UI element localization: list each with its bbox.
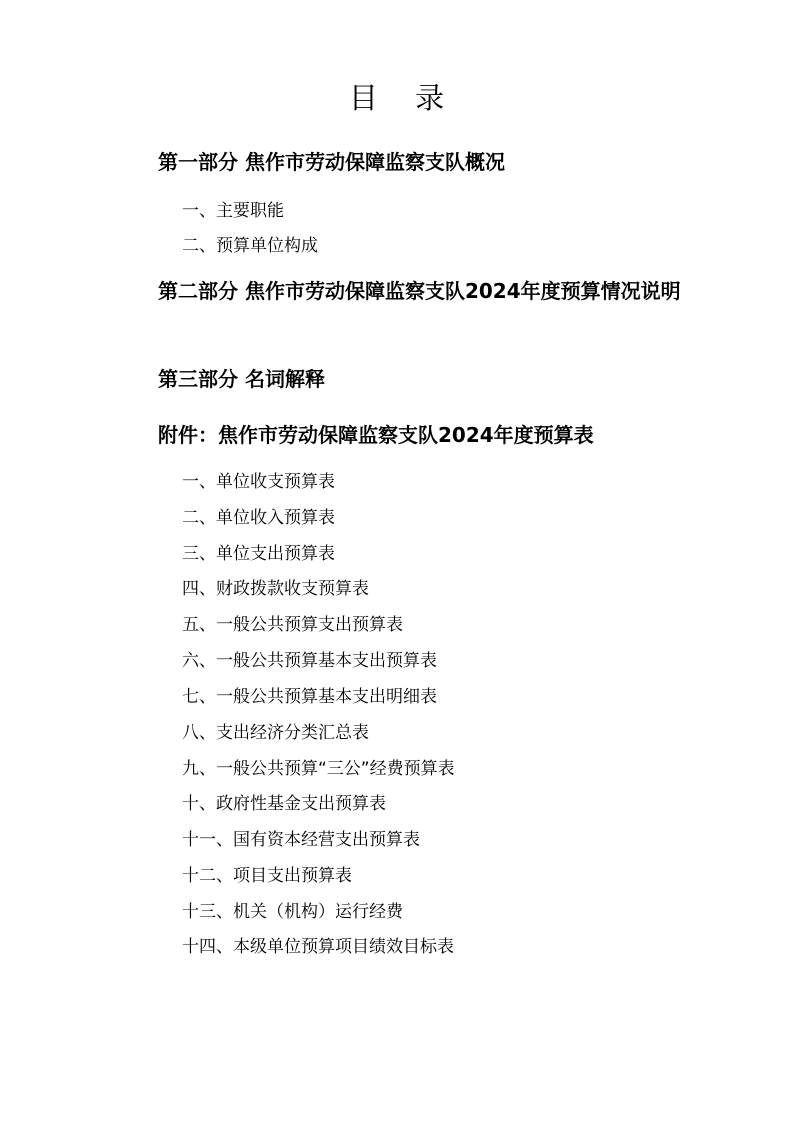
toc-part-1-item: 一、主要职能	[182, 199, 284, 223]
toc-appendix-item: 七、一般公共预算基本支出明细表	[182, 685, 437, 709]
toc-appendix-heading: 附件：焦作市劳动保障监察支队2024年度预算表	[158, 421, 594, 449]
toc-appendix-item: 三、单位支出预算表	[182, 542, 335, 566]
toc-appendix-item: 十一、国有资本经营支出预算表	[182, 828, 420, 852]
page-title: 目 录	[0, 78, 793, 118]
toc-appendix-item: 八、支出经济分类汇总表	[182, 721, 369, 745]
toc-appendix-item: 十二、项目支出预算表	[182, 864, 352, 888]
toc-appendix-item: 十三、机关（机构）运行经费	[182, 900, 403, 924]
toc-appendix-item: 四、财政拨款收支预算表	[182, 577, 369, 601]
toc-appendix-item: 二、单位收入预算表	[182, 506, 335, 530]
toc-appendix-item: 六、一般公共预算基本支出预算表	[182, 649, 437, 673]
document-page: 目 录 第一部分 焦作市劳动保障监察支队概况 一、主要职能 二、预算单位构成 第…	[0, 0, 793, 1122]
toc-part-1-heading: 第一部分 焦作市劳动保障监察支队概况	[158, 148, 505, 176]
toc-appendix-item: 五、一般公共预算支出预算表	[182, 613, 403, 637]
toc-appendix-item: 十、政府性基金支出预算表	[182, 792, 386, 816]
toc-appendix-item: 九、一般公共预算“三公”经费预算表	[182, 757, 455, 781]
toc-appendix-item: 一、单位收支预算表	[182, 470, 335, 494]
toc-appendix-item: 十四、本级单位预算项目绩效目标表	[182, 935, 454, 959]
toc-part-2-heading: 第二部分 焦作市劳动保障监察支队2024年度预算情况说明	[117, 274, 697, 308]
toc-part-3-heading: 第三部分 名词解释	[158, 365, 325, 393]
toc-part-1-item: 二、预算单位构成	[182, 234, 318, 258]
